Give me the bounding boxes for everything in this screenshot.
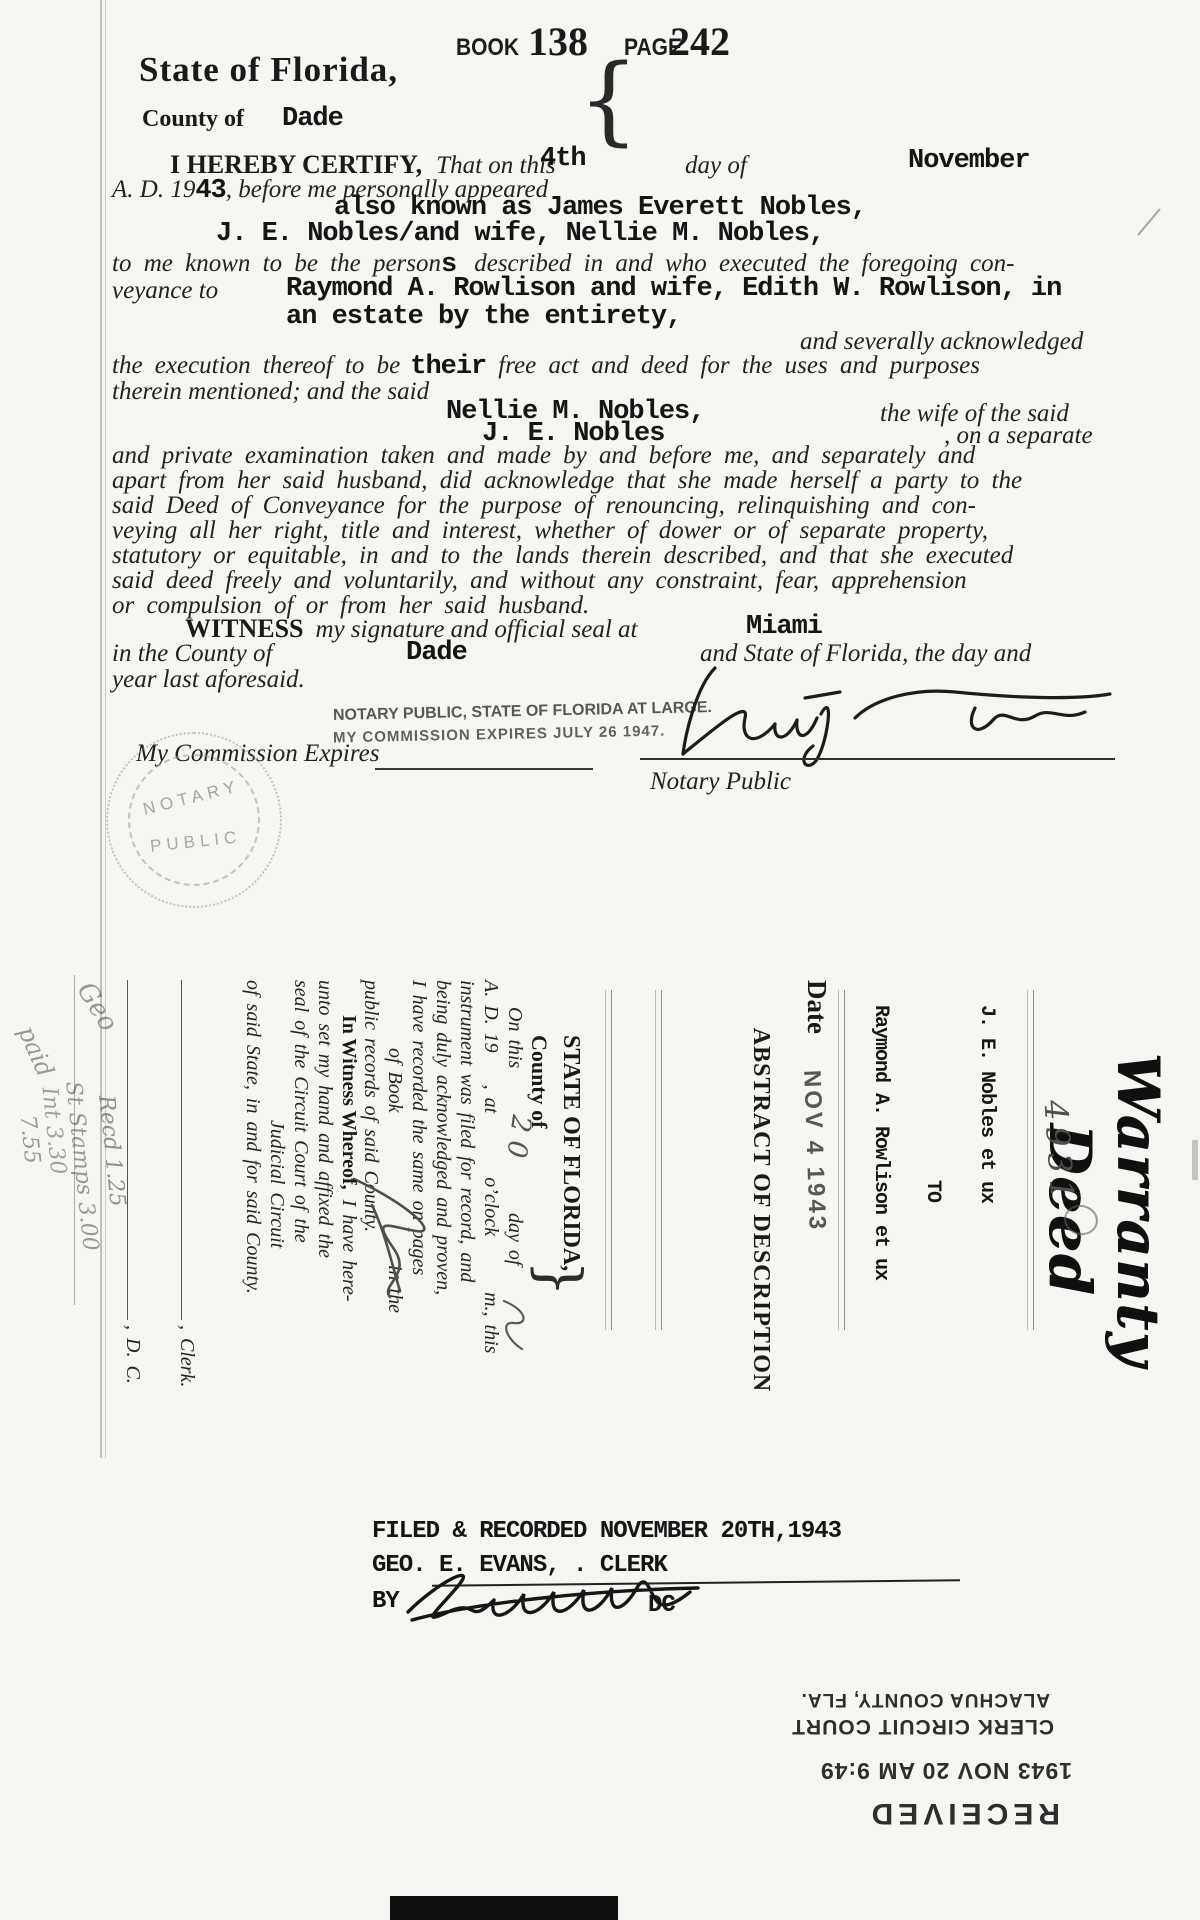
witness-rest: my signature and official seal at bbox=[316, 616, 638, 643]
certify-bold: I HEREBY CERTIFY, bbox=[170, 150, 422, 179]
endorsement-line: day of bbox=[503, 1213, 526, 1265]
county-label: County of bbox=[142, 106, 244, 133]
deed-scan-page: { "header": { "book_label": "BOOK", "boo… bbox=[0, 0, 1200, 1920]
in-county: in the County of bbox=[112, 640, 272, 668]
endorsement-line: unto set my hand and affixed the bbox=[313, 980, 336, 1258]
endorsement-witness-line: In Witness Whereof, I have here- bbox=[337, 1015, 360, 1302]
brace: { bbox=[578, 44, 639, 156]
exec3-line: therein mentioned; and the said bbox=[112, 378, 429, 406]
month-value: November bbox=[908, 146, 1030, 176]
endorsement-panel: Warranty Deed 4931 J. E. Nobles et ux TO… bbox=[20, 965, 1190, 1455]
in-witness-bold: In Witness Whereof, bbox=[338, 1015, 360, 1190]
doc-number: 4931 bbox=[1036, 1099, 1081, 1207]
para-line: apart from her said husband, did acknowl… bbox=[112, 467, 1147, 495]
state-heading: State of Florida, bbox=[139, 50, 398, 90]
grantees-line: Raymond A. Rowlison and wife, Edith W. R… bbox=[286, 274, 1061, 304]
endorsement-line: On this bbox=[503, 1007, 526, 1068]
county-value: Dade bbox=[282, 104, 343, 134]
para-line: said deed freely and voluntarily, and wi… bbox=[112, 567, 1147, 595]
date-stamp: NOV 4 1943 bbox=[797, 1070, 831, 1233]
notary-signature-line bbox=[640, 758, 1115, 760]
exec1: the execution thereof to be bbox=[112, 352, 400, 379]
endorsement-rule bbox=[1027, 990, 1028, 1330]
year-last: year last aforesaid. bbox=[112, 666, 305, 694]
date-label: Date bbox=[801, 980, 832, 1034]
scan-black-bar bbox=[390, 1896, 618, 1920]
endorsement-line: Judicial Circuit bbox=[265, 1120, 288, 1248]
pen-mark bbox=[1137, 208, 1160, 235]
endorsement-rule bbox=[838, 990, 839, 1330]
endorsement-state: STATE OF FLORIDA, bbox=[557, 1035, 584, 1271]
known1: to me known to be the person bbox=[112, 250, 441, 277]
known2: described in and who executed the forego… bbox=[474, 250, 1014, 277]
endorsement-rule bbox=[605, 990, 606, 1330]
county2-value: Dade bbox=[406, 638, 467, 668]
endorsement-grantee: Raymond A. Rowlison et ux bbox=[869, 1005, 892, 1280]
dc-label: , D. C. bbox=[121, 1325, 144, 1384]
para-line: statutory or equitable, in and to the la… bbox=[112, 542, 1147, 570]
endorsement-grantor: J. E. Nobles et ux bbox=[975, 1005, 998, 1203]
endorsement-county: County of bbox=[526, 1035, 552, 1129]
margin-note: 7.55 bbox=[15, 1114, 45, 1165]
endorsement-line: A. D. 19 , at o’clock m., this bbox=[479, 980, 502, 1353]
dc-signature-line bbox=[127, 980, 128, 1320]
endorsement-rule bbox=[844, 990, 845, 1330]
notary-public-label: Notary Public bbox=[650, 768, 791, 796]
endorsement-line: of said State, in and for said County. bbox=[241, 980, 264, 1294]
notary-seal-inner bbox=[128, 754, 260, 886]
received-clerk: CLERK CIRCUIT COURT bbox=[791, 1714, 1054, 1738]
received-datetime: 1943 NOV 20 AM 9:49 bbox=[820, 1757, 1072, 1784]
veyance-to: veyance to bbox=[112, 277, 218, 305]
received-line: RECEIVED bbox=[867, 1796, 1060, 1830]
by-label: BY bbox=[372, 1588, 399, 1615]
deputy-clerk-signature bbox=[398, 1542, 728, 1632]
endorsement-rule bbox=[1033, 990, 1034, 1330]
para-line: veying all her right, title and interest… bbox=[112, 517, 1147, 545]
estate-line: an estate by the entirety, bbox=[286, 302, 681, 332]
notary-signature bbox=[655, 658, 1125, 768]
notary-stamp-line2: MY COMMISSION EXPIRES JULY 26 1947. bbox=[333, 723, 666, 747]
margin-note: Recd 1.25 bbox=[93, 1094, 130, 1208]
endorsement-rule bbox=[611, 990, 612, 1330]
year-typed: 43 bbox=[195, 176, 225, 206]
received-county: ALACHUA COUNTY, FLA. bbox=[801, 1688, 1050, 1710]
exec2: free act and deed for the uses and purpo… bbox=[498, 352, 980, 379]
para-line: and private examination taken and made b… bbox=[112, 442, 1147, 470]
para-line: said Deed of Conveyance for the purpose … bbox=[112, 492, 1147, 520]
endorsement-title: Warranty Deed bbox=[1036, 965, 1172, 1455]
hw-day: 2 0 bbox=[500, 1113, 537, 1160]
witness-bold: WITNESS bbox=[185, 614, 304, 643]
filed-recorded-line: FILED & RECORDED NOVEMBER 20TH,1943 bbox=[372, 1518, 841, 1545]
endorsement-rule bbox=[661, 990, 662, 1330]
endorsement-rule bbox=[655, 990, 656, 1330]
page-number: 242 bbox=[670, 18, 730, 65]
endorsement-to: TO bbox=[921, 1180, 944, 1202]
in-witness-rest: I have here- bbox=[338, 1200, 360, 1302]
endorsement-line: instrument was filed for record, and bbox=[455, 980, 478, 1282]
endorsement-line: of Book bbox=[383, 1048, 406, 1113]
book-label: BOOK bbox=[456, 34, 519, 62]
ad-printed: A. D. 19 bbox=[112, 176, 195, 203]
day-of: day of bbox=[685, 152, 747, 180]
endorsement-brace: } bbox=[526, 1260, 594, 1297]
city-value: Miami bbox=[746, 612, 822, 642]
clerk-label: , Clerk. bbox=[175, 1325, 198, 1387]
certify-rest: That on this bbox=[436, 152, 555, 179]
clerk-signature-line bbox=[181, 980, 182, 1320]
day-value: 4th bbox=[540, 144, 586, 174]
names-line: J. E. Nobles/and wife, Nellie M. Nobles, bbox=[216, 219, 824, 249]
margin-note-geo: Geo bbox=[71, 977, 124, 1037]
abstract-label: ABSTRACT OF DESCRIPTION bbox=[747, 965, 774, 1455]
commission-underline bbox=[375, 768, 593, 770]
margin-note: paid bbox=[12, 1022, 59, 1082]
edge-smudge bbox=[1192, 1140, 1198, 1180]
received-stamp: RECEIVED 1943 NOV 20 AM 9:49 CLERK CIRCU… bbox=[770, 1660, 1090, 1830]
endorsement-line: seal of the Circuit Court of the bbox=[289, 980, 312, 1243]
